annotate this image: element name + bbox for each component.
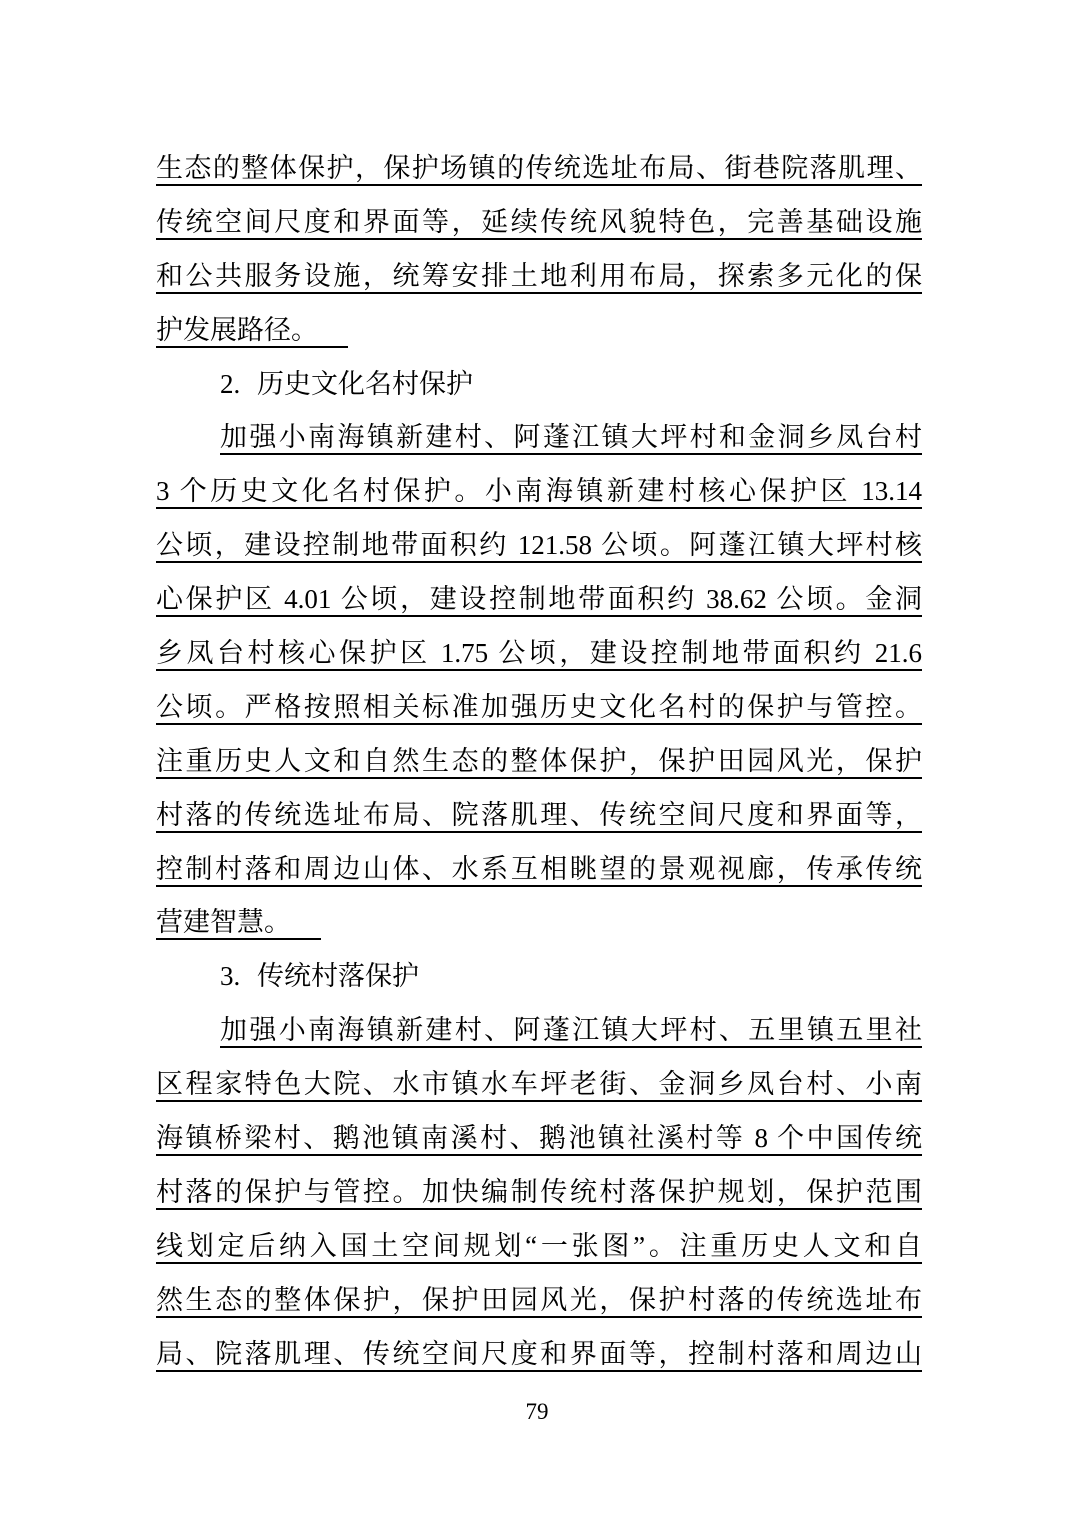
text-line-content: 传统空间尺度和界面等，延续传统风貌特色，完善基础设施 [156,207,922,237]
text-line: 加强小南海镇新建村、阿蓬江镇大坪村和金洞乡凤台村 [156,411,922,465]
text-line: 区程家特色大院、水市镇水车坪老街、金洞乡凤台村、小南 [156,1058,922,1112]
text-line-content: 2. 历史文化名村保护 [220,369,473,399]
text-line: 传统空间尺度和界面等，延续传统风貌特色，完善基础设施 [156,196,922,250]
document-body: 生态的整体保护，保护场镇的传统选址布局、街巷院落肌理、传统空间尺度和界面等，延续… [156,142,922,1381]
text-line-content: 局、院落肌理、传统空间尺度和界面等，控制村落和周边山 [156,1339,922,1369]
underline-tail [291,938,321,940]
page-number: 79 [0,1399,1074,1425]
underline-tail [318,346,348,348]
text-line: 线划定后纳入国土空间规划“一张图”。注重历史人文和自 [156,1220,922,1274]
text-line: 公顷。严格按照相关标准加强历史文化名村的保护与管控。 [156,681,922,735]
section-heading: 2. 历史文化名村保护 [156,358,922,412]
text-line-content: 村落的传统选址布局、院落肌理、传统空间尺度和界面等， [156,800,922,830]
text-line-content: 公顷。严格按照相关标准加强历史文化名村的保护与管控。 [156,692,922,722]
text-line-content: 生态的整体保护，保护场镇的传统选址布局、街巷院落肌理、 [156,153,922,183]
text-line: 营建智慧。 [156,896,922,950]
text-line: 公顷，建设控制地带面积约 121.58 公顷。阿蓬江镇大坪村核 [156,519,922,573]
text-line-content: 然生态的整体保护，保护田园风光，保护村落的传统选址布 [156,1285,922,1315]
text-line: 生态的整体保护，保护场镇的传统选址布局、街巷院落肌理、 [156,142,922,196]
text-line-content: 控制村落和周边山体、水系互相眺望的景观视廊，传承传统 [156,854,922,884]
text-line-content: 公顷，建设控制地带面积约 121.58 公顷。阿蓬江镇大坪村核 [156,530,922,560]
text-line: 注重历史人文和自然生态的整体保护，保护田园风光，保护 [156,735,922,789]
text-line: 护发展路径。 [156,304,922,358]
section-heading: 3. 传统村落保护 [156,950,922,1004]
text-line: 村落的传统选址布局、院落肌理、传统空间尺度和界面等， [156,789,922,843]
text-line: 和公共服务设施，统筹安排土地利用布局，探索多元化的保 [156,250,922,304]
text-line: 海镇桥梁村、鹅池镇南溪村、鹅池镇社溪村等 8 个中国传统 [156,1112,922,1166]
text-line-content: 区程家特色大院、水市镇水车坪老街、金洞乡凤台村、小南 [156,1069,922,1099]
text-line: 然生态的整体保护，保护田园风光，保护村落的传统选址布 [156,1274,922,1328]
text-line-content: 线划定后纳入国土空间规划“一张图”。注重历史人文和自 [156,1231,922,1261]
text-line-content: 护发展路径。 [156,315,318,345]
text-line-content: 乡凤台村核心保护区 1.75 公顷，建设控制地带面积约 21.6 [156,638,922,668]
text-line-content: 3. 传统村落保护 [220,961,419,991]
text-line-content: 3 个历史文化名村保护。小南海镇新建村核心保护区 13.14 [156,476,922,506]
text-line: 3 个历史文化名村保护。小南海镇新建村核心保护区 13.14 [156,465,922,519]
text-line-content: 村落的保护与管控。加快编制传统村落保护规划，保护范围 [156,1177,922,1207]
document-page: 生态的整体保护，保护场镇的传统选址布局、街巷院落肌理、传统空间尺度和界面等，延续… [0,0,1074,1520]
text-line: 村落的保护与管控。加快编制传统村落保护规划，保护范围 [156,1166,922,1220]
text-line-content: 海镇桥梁村、鹅池镇南溪村、鹅池镇社溪村等 8 个中国传统 [156,1123,922,1153]
text-line-content: 加强小南海镇新建村、阿蓬江镇大坪村和金洞乡凤台村 [220,422,922,452]
text-line-content: 注重历史人文和自然生态的整体保护，保护田园风光，保护 [156,746,922,776]
text-line-content: 心保护区 4.01 公顷，建设控制地带面积约 38.62 公顷。金洞 [156,584,922,614]
text-line: 加强小南海镇新建村、阿蓬江镇大坪村、五里镇五里社 [156,1004,922,1058]
text-line-content: 加强小南海镇新建村、阿蓬江镇大坪村、五里镇五里社 [220,1015,922,1045]
text-line-content: 营建智慧。 [156,907,291,937]
text-line: 局、院落肌理、传统空间尺度和界面等，控制村落和周边山 [156,1328,922,1382]
text-line-content: 和公共服务设施，统筹安排土地利用布局，探索多元化的保 [156,261,922,291]
text-line: 心保护区 4.01 公顷，建设控制地带面积约 38.62 公顷。金洞 [156,573,922,627]
text-line: 控制村落和周边山体、水系互相眺望的景观视廊，传承传统 [156,843,922,897]
text-line: 乡凤台村核心保护区 1.75 公顷，建设控制地带面积约 21.6 [156,627,922,681]
